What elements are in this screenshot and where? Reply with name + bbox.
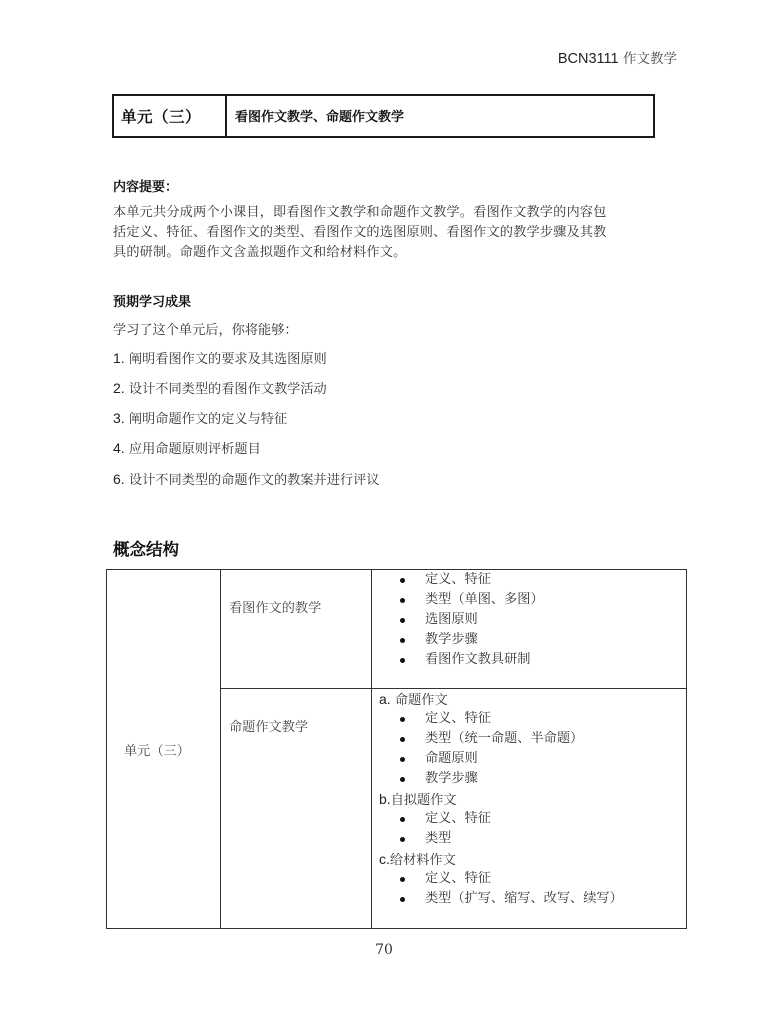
outcome-number: 6. [113, 471, 125, 487]
list-item: 类型（统一命题、半命题） [372, 729, 686, 749]
outcome-item: 2. 设计不同类型的看图作文教学活动 [113, 378, 327, 397]
outcome-number: 1. [113, 350, 125, 366]
list-item: 看图作文教具研制 [372, 650, 686, 670]
list-item: 类型 [372, 829, 686, 849]
bullet-list: 定义、特征 类型（统一命题、半命题） 命题原则 教学步骤 [372, 709, 686, 789]
subgroup-letter: c. [379, 851, 390, 867]
list-item: 教学步骤 [372, 769, 686, 789]
concept-structure-title: 概念结构 [113, 536, 179, 560]
bullet-list: 定义、特征 类型（扩写、缩写、改写、续写） [372, 869, 686, 909]
outcome-number: 2. [113, 380, 125, 396]
list-item: 命题原则 [372, 749, 686, 769]
topic-cell: 命题作文教学 [221, 689, 372, 929]
course-title: 作文教学 [623, 51, 677, 67]
running-header: BCN3111 作文教学 [558, 47, 677, 67]
list-item: 选图原则 [372, 610, 686, 630]
subgroup-heading: c.给材料作文 [372, 849, 686, 869]
subgroup-letter: b. [379, 791, 391, 807]
unit-cell: 单元（三） [107, 570, 221, 929]
outcome-text: 阐明看图作文的要求及其选图原则 [129, 352, 327, 367]
list-item: 教学步骤 [372, 630, 686, 650]
summary-line: 本单元共分成两个小课目，即看图作文教学和命题作文教学。看图作文教学的内容包 [113, 203, 678, 223]
subgroup-heading: a. 命题作文 [372, 689, 686, 709]
list-item: 定义、特征 [372, 570, 686, 590]
outcomes-intro: 学习了这个单元后，你将能够： [113, 319, 298, 338]
summary-line: 括定义、特征、看图作文的类型、看图作文的选图原则、看图作文的教学步骤及其教 [113, 223, 678, 243]
bullet-list: 定义、特征 类型（单图、多图） 选图原则 教学步骤 看图作文教具研制 [372, 570, 686, 670]
outcome-number: 3. [113, 410, 125, 426]
course-code: BCN3111 [558, 51, 619, 67]
summary-heading: 内容提要： [113, 176, 178, 195]
subgroup-title: 给材料作文 [390, 853, 456, 868]
outcome-item: 4. 应用命题原则评析题目 [113, 438, 261, 457]
unit-label: 单元（三） [114, 96, 227, 136]
concept-structure-table: 单元（三） 看图作文的教学 定义、特征 类型（单图、多图） 选图原则 教学步骤 … [106, 569, 687, 929]
subgroup-title: 自拟题作文 [391, 793, 457, 808]
outcome-text: 设计不同类型的命题作文的教案并进行评议 [129, 473, 380, 488]
summary-paragraph: 本单元共分成两个小课目，即看图作文教学和命题作文教学。看图作文教学的内容包 括定… [113, 203, 678, 263]
list-item: 定义、特征 [372, 869, 686, 889]
outcome-text: 设计不同类型的看图作文教学活动 [129, 382, 327, 397]
detail-cell: a. 命题作文 定义、特征 类型（统一命题、半命题） 命题原则 教学步骤 b.自… [372, 689, 687, 929]
outcome-item: 3. 阐明命题作文的定义与特征 [113, 408, 287, 427]
outcome-number: 4. [113, 440, 125, 456]
outcome-item: 6. 设计不同类型的命题作文的教案并进行评议 [113, 469, 379, 488]
table-row: 单元（三） 看图作文的教学 定义、特征 类型（单图、多图） 选图原则 教学步骤 … [107, 570, 687, 689]
subgroup-heading: b.自拟题作文 [372, 789, 686, 809]
summary-line: 具的研制。命题作文含盖拟题作文和给材料作文。 [113, 243, 678, 263]
page-number: 70 [0, 942, 768, 958]
unit-title: 看图作文教学、命题作文教学 [227, 96, 653, 136]
subgroup-title: 命题作文 [395, 693, 448, 708]
list-item: 定义、特征 [372, 709, 686, 729]
detail-cell: 定义、特征 类型（单图、多图） 选图原则 教学步骤 看图作文教具研制 [372, 570, 687, 689]
list-item: 类型（单图、多图） [372, 590, 686, 610]
subgroup-letter: a. [379, 691, 391, 707]
list-item: 类型（扩写、缩写、改写、续写） [372, 889, 686, 909]
outcome-text: 阐明命题作文的定义与特征 [129, 412, 287, 427]
outcomes-heading: 预期学习成果 [113, 291, 191, 310]
unit-title-box: 单元（三） 看图作文教学、命题作文教学 [112, 94, 655, 138]
outcome-text: 应用命题原则评析题目 [129, 442, 261, 457]
topic-cell: 看图作文的教学 [221, 570, 372, 689]
list-item: 定义、特征 [372, 809, 686, 829]
bullet-list: 定义、特征 类型 [372, 809, 686, 849]
outcome-item: 1. 阐明看图作文的要求及其选图原则 [113, 348, 327, 367]
